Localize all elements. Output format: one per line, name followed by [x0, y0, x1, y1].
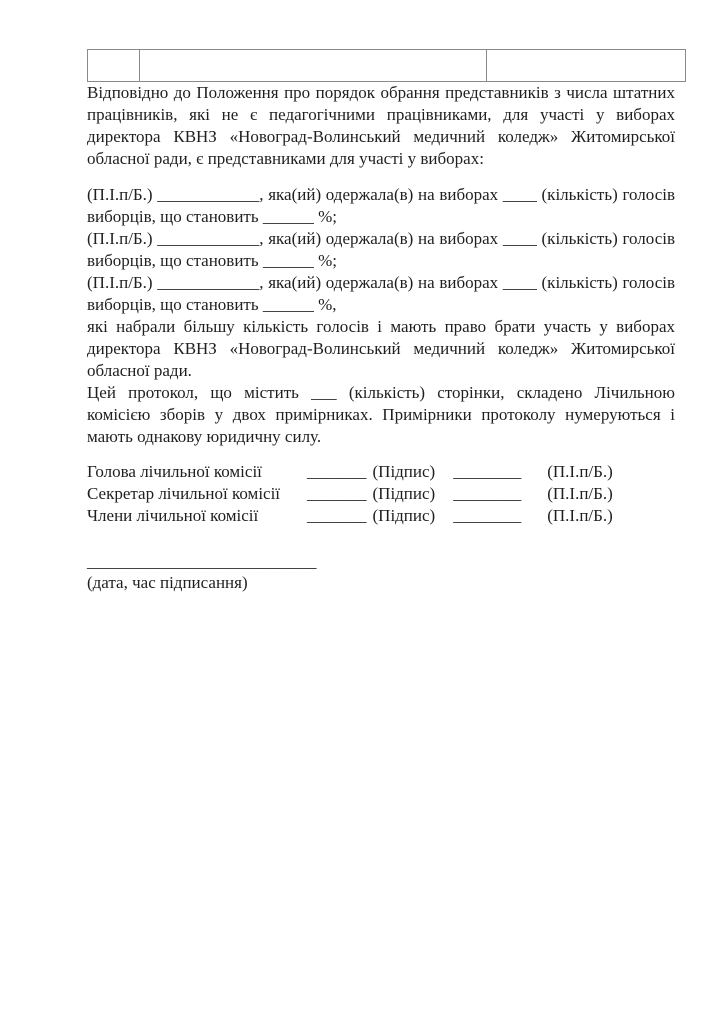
signature-name-line: ________: [453, 483, 521, 505]
representative-entry: (П.І.п/Б.) ____________, яка(ий) одержал…: [87, 228, 675, 272]
signature-label: (Підпис): [373, 483, 436, 505]
signature-label: (Підпис): [373, 505, 436, 527]
signature-row-members: Члени лічильної комісії _______ (Підпис)…: [87, 505, 675, 527]
signature-role: Голова лічильної комісії: [87, 461, 307, 483]
date-blank-line: ___________________________: [87, 553, 675, 571]
signature-name-label: (П.І.п/Б.): [547, 461, 613, 483]
signature-line: _______: [307, 461, 367, 483]
signature-name-label: (П.І.п/Б.): [547, 505, 613, 527]
signature-row-secretary: Секретар лічильної комісії _______ (Підп…: [87, 483, 675, 505]
table-cell-value: [487, 50, 686, 82]
intro-paragraph: Відповідно до Положення про порядок обра…: [87, 82, 675, 170]
signature-block: Голова лічильної комісії _______ (Підпис…: [87, 461, 675, 527]
date-signature-block: ___________________________ (дата, час п…: [87, 553, 675, 594]
signature-role: Члени лічильної комісії: [87, 505, 307, 527]
continuation-table: [87, 49, 686, 82]
signature-row-head: Голова лічильної комісії _______ (Підпис…: [87, 461, 675, 483]
signature-line: _______: [307, 483, 367, 505]
signature-line: _______: [307, 505, 367, 527]
qualification-paragraph: які набрали більшу кількість голосів і м…: [87, 316, 675, 382]
representative-entry: (П.І.п/Б.) ____________, яка(ий) одержал…: [87, 272, 675, 316]
date-caption: (дата, час підписання): [87, 572, 675, 594]
representative-entry: (П.І.п/Б.) ____________, яка(ий) одержал…: [87, 184, 675, 228]
signature-name-label: (П.І.п/Б.): [547, 483, 613, 505]
representatives-list: (П.І.п/Б.) ____________, яка(ий) одержал…: [87, 184, 675, 316]
signature-name-line: ________: [453, 505, 521, 527]
document-page: Відповідно до Положення про порядок обра…: [0, 0, 724, 1024]
copies-paragraph: Цей протокол, що містить ___ (кількість)…: [87, 382, 675, 448]
table-cell-text: [140, 50, 487, 82]
document-content: Відповідно до Положення про порядок обра…: [87, 49, 675, 594]
signature-name-line: ________: [453, 461, 521, 483]
signature-role: Секретар лічильної комісії: [87, 483, 307, 505]
table-row: [88, 50, 686, 82]
table-cell-number: [88, 50, 140, 82]
signature-label: (Підпис): [373, 461, 436, 483]
